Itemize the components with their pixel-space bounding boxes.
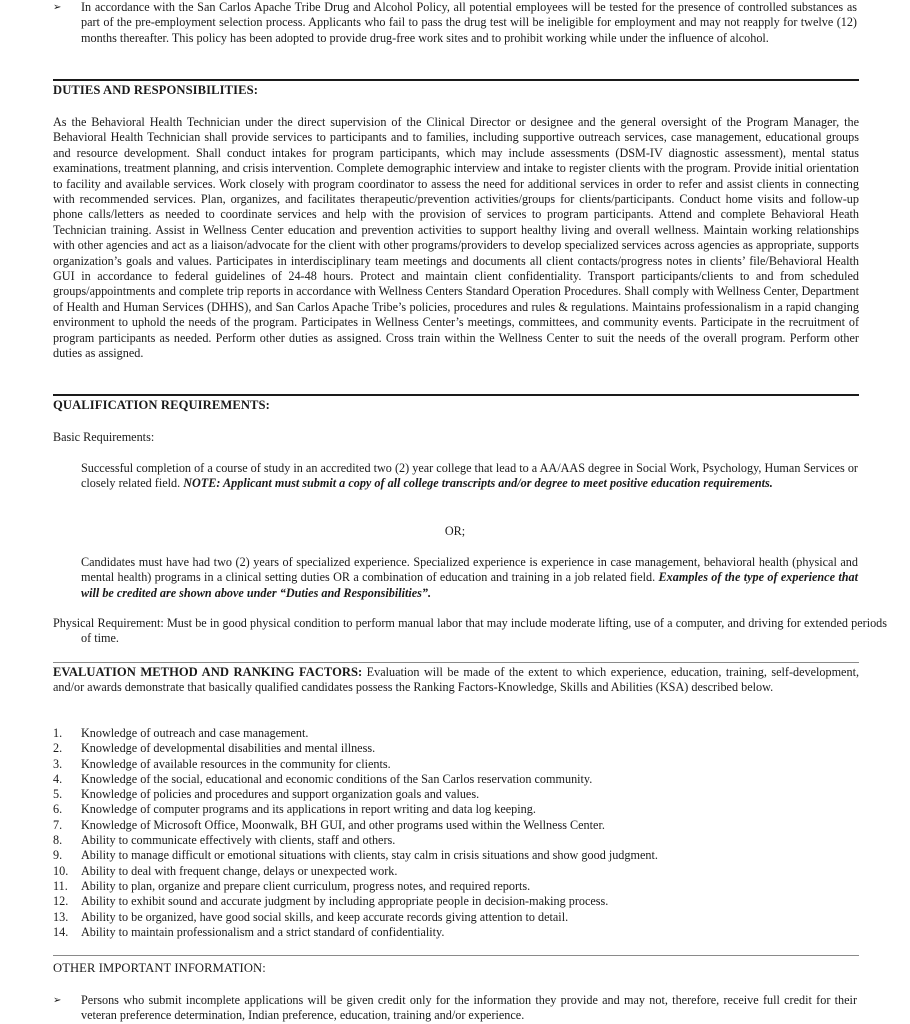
- ranking-factor-item: 1.Knowledge of outreach and case managem…: [53, 726, 859, 741]
- ranking-factor-item: 9.Ability to manage difficult or emotion…: [53, 848, 859, 863]
- section-divider: [53, 79, 859, 81]
- physical-requirement-label: Physical Requirement:: [53, 616, 164, 630]
- arrow-bullet-icon: ➢: [53, 993, 81, 1024]
- ranking-factor-item: 12.Ability to exhibit sound and accurate…: [53, 894, 859, 909]
- ranking-factor-text: Knowledge of available resources in the …: [81, 757, 859, 772]
- ranking-factor-item: 5.Knowledge of policies and procedures a…: [53, 787, 859, 802]
- drug-policy-bullet: ➢ In accordance with the San Carlos Apac…: [53, 0, 857, 46]
- ranking-factor-item: 10.Ability to deal with frequent change,…: [53, 864, 859, 879]
- ranking-factors-list: 1.Knowledge of outreach and case managem…: [53, 726, 859, 940]
- ranking-factor-text: Ability to plan, organize and prepare cl…: [81, 879, 859, 894]
- evaluation-intro: EVALUATION METHOD AND RANKING FACTORS: E…: [53, 665, 859, 696]
- physical-requirement: Physical Requirement: Must be in good ph…: [53, 616, 887, 647]
- ranking-factor-text: Ability to deal with frequent change, de…: [81, 864, 859, 879]
- ranking-factor-text: Ability to be organized, have good socia…: [81, 910, 859, 925]
- ranking-factor-item: 6.Knowledge of computer programs and its…: [53, 802, 859, 817]
- ranking-factor-number: 13.: [53, 910, 81, 925]
- qualification-heading: QUALIFICATION REQUIREMENTS:: [53, 398, 270, 413]
- other-info-heading: OTHER IMPORTANT INFORMATION:: [53, 961, 266, 976]
- evaluation-heading: EVALUATION METHOD AND RANKING FACTORS:: [53, 665, 362, 679]
- ranking-factor-item: 7.Knowledge of Microsoft Office, Moonwal…: [53, 818, 859, 833]
- duties-text: As the Behavioral Health Technician unde…: [53, 115, 859, 362]
- ranking-factor-item: 14.Ability to maintain professionalism a…: [53, 925, 859, 940]
- ranking-factor-text: Ability to maintain professionalism and …: [81, 925, 859, 940]
- ranking-factor-text: Ability to exhibit sound and accurate ju…: [81, 894, 859, 909]
- section-divider: [53, 394, 859, 396]
- drug-policy-text: In accordance with the San Carlos Apache…: [81, 0, 857, 46]
- physical-requirement-text: Must be in good physical condition to pe…: [81, 616, 887, 645]
- ranking-factor-number: 10.: [53, 864, 81, 879]
- education-requirement: Successful completion of a course of stu…: [81, 461, 858, 492]
- ranking-factor-text: Knowledge of the social, educational and…: [81, 772, 859, 787]
- job-announcement-page: ➢ In accordance with the San Carlos Apac…: [0, 0, 910, 1024]
- ranking-factor-text: Knowledge of policies and procedures and…: [81, 787, 859, 802]
- ranking-factor-item: 2.Knowledge of developmental disabilitie…: [53, 741, 859, 756]
- ranking-factor-number: 4.: [53, 772, 81, 787]
- ranking-factor-number: 9.: [53, 848, 81, 863]
- or-separator: OR;: [0, 524, 910, 539]
- duties-heading: DUTIES AND RESPONSIBILITIES:: [53, 83, 258, 98]
- section-divider: [53, 955, 859, 956]
- ranking-factor-number: 2.: [53, 741, 81, 756]
- ranking-factor-number: 8.: [53, 833, 81, 848]
- ranking-factor-number: 5.: [53, 787, 81, 802]
- arrow-bullet-icon: ➢: [53, 0, 81, 46]
- basic-requirements-label: Basic Requirements:: [53, 430, 154, 445]
- experience-requirement: Candidates must have had two (2) years o…: [81, 555, 858, 601]
- ranking-factor-text: Knowledge of Microsoft Office, Moonwalk,…: [81, 818, 859, 833]
- other-info-bullet: ➢ Persons who submit incomplete applicat…: [53, 993, 857, 1024]
- ranking-factor-text: Ability to communicate effectively with …: [81, 833, 859, 848]
- ranking-factor-number: 14.: [53, 925, 81, 940]
- ranking-factor-item: 13.Ability to be organized, have good so…: [53, 910, 859, 925]
- ranking-factor-number: 11.: [53, 879, 81, 894]
- other-info-text: Persons who submit incomplete applicatio…: [81, 993, 857, 1024]
- ranking-factor-text: Knowledge of outreach and case managemen…: [81, 726, 859, 741]
- ranking-factor-item: 8.Ability to communicate effectively wit…: [53, 833, 859, 848]
- ranking-factor-item: 4.Knowledge of the social, educational a…: [53, 772, 859, 787]
- ranking-factor-text: Knowledge of computer programs and its a…: [81, 802, 859, 817]
- ranking-factor-number: 7.: [53, 818, 81, 833]
- ranking-factor-item: 3.Knowledge of available resources in th…: [53, 757, 859, 772]
- ranking-factor-number: 3.: [53, 757, 81, 772]
- ranking-factor-number: 12.: [53, 894, 81, 909]
- ranking-factor-item: 11.Ability to plan, organize and prepare…: [53, 879, 859, 894]
- ranking-factor-number: 6.: [53, 802, 81, 817]
- ranking-factor-text: Knowledge of developmental disabilities …: [81, 741, 859, 756]
- ranking-factor-number: 1.: [53, 726, 81, 741]
- section-divider: [53, 662, 859, 663]
- ranking-factor-text: Ability to manage difficult or emotional…: [81, 848, 859, 863]
- education-note: NOTE: Applicant must submit a copy of al…: [183, 476, 773, 490]
